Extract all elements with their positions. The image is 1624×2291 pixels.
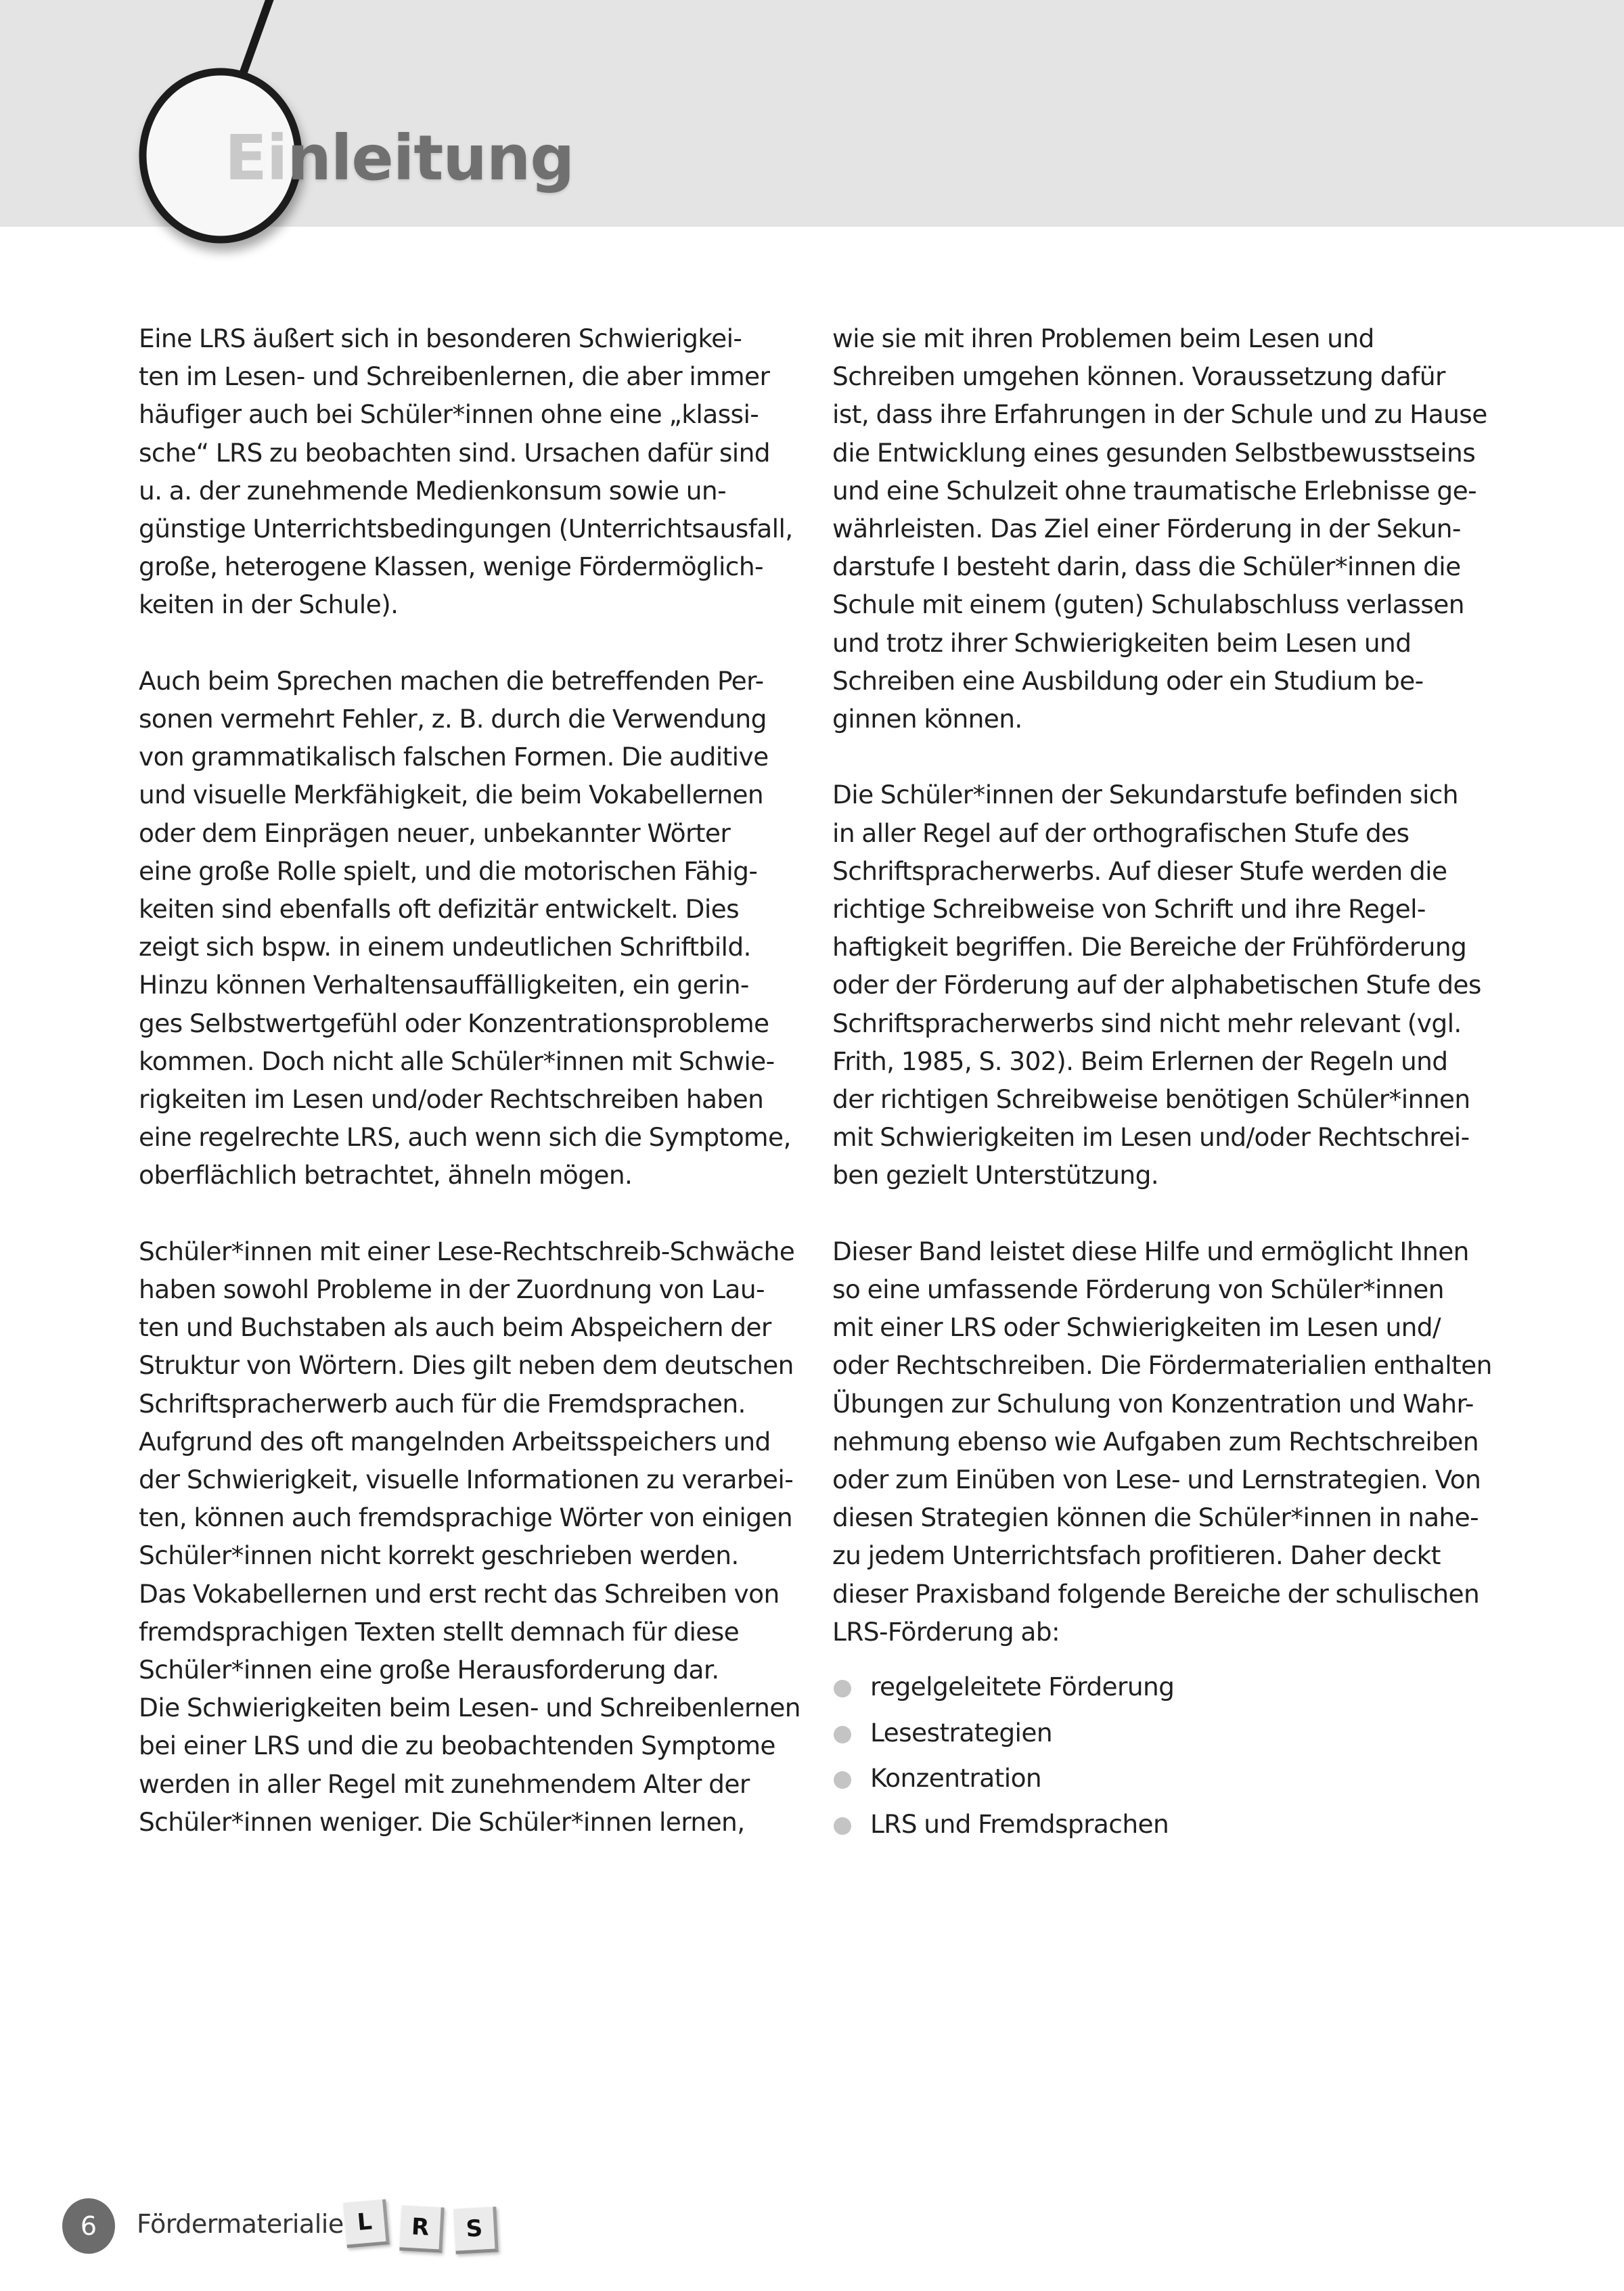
- bullet-dot-icon: [834, 1726, 851, 1743]
- bullet-dot-icon: [834, 1771, 851, 1789]
- text-line: und visuelle Merkfähigkeit, die beim Vok…: [139, 776, 809, 814]
- list-item-label: regelgeleitete Förderung: [870, 1672, 1174, 1701]
- text-line: zeigt sich bspw. in einem undeutlichen S…: [139, 928, 809, 966]
- paragraph: Eine LRS äußert sich in besonderen Schwi…: [139, 319, 809, 624]
- paragraph: Schüler*innen mit einer Lese-Rechtschrei…: [139, 1232, 809, 1841]
- text-line: oder Rechtschreiben. Die Fördermateriali…: [832, 1346, 1502, 1384]
- text-line: keiten sind ebenfalls oft defizitär entw…: [139, 890, 809, 928]
- text-line: LRS-Förderung ab:: [832, 1613, 1502, 1651]
- text-line: Schüler*innen weniger. Die Schüler*innen…: [139, 1803, 809, 1841]
- text-line: Eine LRS äußert sich in besonderen Schwi…: [139, 319, 809, 357]
- letter-tile-icon: S: [453, 2206, 498, 2254]
- text-line: fremdsprachigen Texten stellt demnach fü…: [139, 1613, 809, 1651]
- page-footer: 6 Fördermaterialien L R S: [0, 2186, 1624, 2267]
- text-line: Schriftspracherwerbs sind nicht mehr rel…: [832, 1004, 1502, 1042]
- text-line: sonen vermehrt Fehler, z. B. durch die V…: [139, 700, 809, 738]
- text-line: Struktur von Wörtern. Dies gilt neben de…: [139, 1346, 809, 1384]
- text-line: Die Schwierigkeiten beim Lesen- und Schr…: [139, 1689, 809, 1727]
- letter-tile-icon: R: [399, 2205, 444, 2252]
- text-line: haben sowohl Probleme in der Zuordnung v…: [139, 1270, 809, 1308]
- text-line: werden in aller Regel mit zunehmendem Al…: [139, 1765, 809, 1803]
- paragraph: Auch beim Sprechen machen die betreffend…: [139, 662, 809, 1195]
- text-line: ten im Lesen- und Schreibenlernen, die a…: [139, 357, 809, 395]
- text-line: sche“ LRS zu beobachten sind. Ursachen d…: [139, 434, 809, 472]
- text-line: ten und Buchstaben als auch beim Abspeic…: [139, 1308, 809, 1346]
- list-item: LRS und Fremdsprachen: [832, 1802, 1502, 1848]
- text-line: Schüler*innen nicht korrekt geschrieben …: [139, 1536, 809, 1574]
- text-line: Die Schüler*innen der Sekundarstufe befi…: [832, 776, 1502, 814]
- text-line: Übungen zur Schulung von Konzentration u…: [832, 1385, 1502, 1423]
- text-line: nehmung ebenso wie Aufgaben zum Rechtsch…: [832, 1423, 1502, 1461]
- text-line: Schreiben umgehen können. Voraussetzung …: [832, 357, 1502, 395]
- text-line: darstufe I besteht darin, dass die Schül…: [832, 548, 1502, 585]
- text-line: große, heterogene Klassen, wenige Förder…: [139, 548, 809, 585]
- text-line: zu jedem Unterrichtsfach profitieren. Da…: [832, 1536, 1502, 1574]
- text-line: günstige Unterrichtsbedingungen (Unterri…: [139, 510, 809, 548]
- list-item-label: LRS und Fremdsprachen: [870, 1809, 1169, 1839]
- text-line: keiten in der Schule).: [139, 585, 809, 623]
- text-line: mit einer LRS oder Schwierigkeiten im Le…: [832, 1308, 1502, 1346]
- text-line: Schreiben eine Ausbildung oder ein Studi…: [832, 662, 1502, 700]
- text-line: rigkeiten im Lesen und/oder Rechtschreib…: [139, 1080, 809, 1118]
- footer-label: Fördermaterialien: [137, 2209, 359, 2239]
- text-line: bei einer LRS und die zu beobachtenden S…: [139, 1727, 809, 1764]
- text-line: Schriftspracherwerbs. Auf dieser Stufe w…: [832, 852, 1502, 890]
- text-line: dieser Praxisband folgende Bereiche der …: [832, 1575, 1502, 1613]
- text-line: oder der Förderung auf der alphabetische…: [832, 966, 1502, 1004]
- text-line: Das Vokabellernen und erst recht das Sch…: [139, 1575, 809, 1613]
- page-number-badge: 6: [62, 2198, 115, 2254]
- text-line: der richtigen Schreibweise benötigen Sch…: [832, 1080, 1502, 1118]
- text-line: von grammatikalisch falschen Formen. Die…: [139, 738, 809, 776]
- text-line: ges Selbstwertgefühl oder Konzentrations…: [139, 1004, 809, 1042]
- text-line: ten, können auch fremdsprachige Wörter v…: [139, 1498, 809, 1536]
- text-line: richtige Schreibweise von Schrift und ih…: [832, 890, 1502, 928]
- list-item-label: Konzentration: [870, 1763, 1041, 1793]
- text-line: oberflächlich betrachtet, ähneln mögen.: [139, 1156, 809, 1194]
- page-title: Einleitung: [225, 127, 574, 190]
- text-line: so eine umfassende Förderung von Schüler…: [832, 1270, 1502, 1308]
- text-line: mit Schwierigkeiten im Lesen und/oder Re…: [832, 1118, 1502, 1156]
- list-item: regelgeleitete Förderung: [832, 1664, 1502, 1710]
- text-line: Auch beim Sprechen machen die betreffend…: [139, 662, 809, 700]
- text-line: u. a. der zunehmende Medienkonsum sowie …: [139, 472, 809, 510]
- bullet-dot-icon: [834, 1680, 851, 1697]
- list-item: Konzentration: [832, 1756, 1502, 1802]
- text-line: eine regelrechte LRS, auch wenn sich die…: [139, 1118, 809, 1156]
- text-line: Dieser Band leistet diese Hilfe und ermö…: [832, 1232, 1502, 1270]
- list-item: Lesestrategien: [832, 1710, 1502, 1756]
- text-line: Schüler*innen eine große Herausforderung…: [139, 1651, 809, 1689]
- text-line: wie sie mit ihren Problemen beim Lesen u…: [832, 319, 1502, 357]
- text-line: ginnen können.: [832, 700, 1502, 738]
- text-line: Hinzu können Verhaltensauffälligkeiten, …: [139, 966, 809, 1004]
- left-column: Eine LRS äußert sich in besonderen Schwi…: [139, 319, 809, 1841]
- text-line: und trotz ihrer Schwierigkeiten beim Les…: [832, 624, 1502, 662]
- text-line: Frith, 1985, S. 302). Beim Erlernen der …: [832, 1042, 1502, 1080]
- right-column: wie sie mit ihren Problemen beim Lesen u…: [832, 319, 1502, 1847]
- text-line: Aufgrund des oft mangelnden Arbeitsspeic…: [139, 1423, 809, 1461]
- text-line: die Entwicklung eines gesunden Selbstbew…: [832, 434, 1502, 472]
- text-line: haftigkeit begriffen. Die Bereiche der F…: [832, 928, 1502, 966]
- text-line: ist, dass ihre Erfahrungen in der Schule…: [832, 395, 1502, 433]
- text-line: währleisten. Das Ziel einer Förderung in…: [832, 510, 1502, 548]
- paragraph: Dieser Band leistet diese Hilfe und ermö…: [832, 1232, 1502, 1651]
- text-line: oder zum Einüben von Lese- und Lernstrat…: [832, 1461, 1502, 1498]
- text-line: in aller Regel auf der orthografischen S…: [832, 814, 1502, 852]
- paragraph: Die Schüler*innen der Sekundarstufe befi…: [832, 776, 1502, 1194]
- list-item-label: Lesestrategien: [870, 1718, 1052, 1748]
- text-line: kommen. Doch nicht alle Schüler*innen mi…: [139, 1042, 809, 1080]
- text-line: oder dem Einprägen neuer, unbekannter Wö…: [139, 814, 809, 852]
- text-line: häufiger auch bei Schüler*innen ohne ein…: [139, 395, 809, 433]
- text-line: diesen Strategien können die Schüler*inn…: [832, 1498, 1502, 1536]
- text-line: der Schwierigkeit, visuelle Informatione…: [139, 1461, 809, 1498]
- text-line: Schüler*innen mit einer Lese-Rechtschrei…: [139, 1232, 809, 1270]
- bullet-dot-icon: [834, 1817, 851, 1835]
- title-magnified-part: Ei: [225, 122, 287, 194]
- title-rest: nleitung: [287, 122, 574, 194]
- text-line: eine große Rolle spielt, und die motoris…: [139, 852, 809, 890]
- text-line: und eine Schulzeit ohne traumatische Erl…: [832, 472, 1502, 510]
- letter-tile-icon: L: [343, 2199, 390, 2248]
- text-line: ben gezielt Unterstützung.: [832, 1156, 1502, 1194]
- paragraph: wie sie mit ihren Problemen beim Lesen u…: [832, 319, 1502, 738]
- text-line: Schule mit einem (guten) Schulabschluss …: [832, 585, 1502, 623]
- bullet-list: regelgeleitete Förderung Lesestrategien …: [832, 1664, 1502, 1847]
- text-line: Schriftspracherwerb auch für die Fremdsp…: [139, 1385, 809, 1423]
